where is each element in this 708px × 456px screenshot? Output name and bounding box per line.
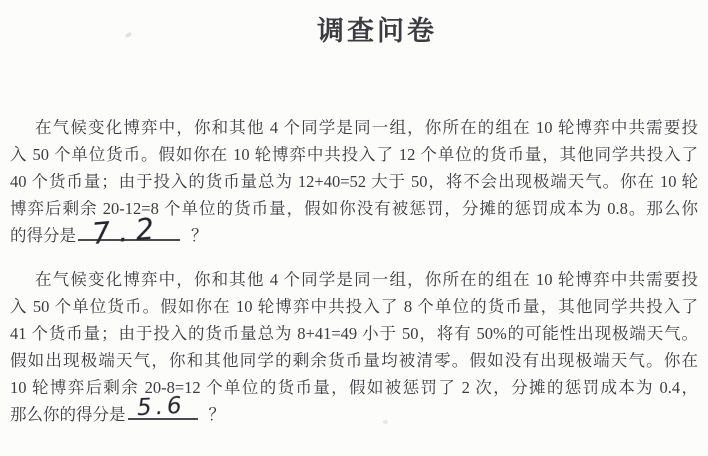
question-2-line-3: 41 个货币量；由于投入的货币量总为 8+41=49 小于 50，将有 50%的… [10,320,698,347]
question-2-handwritten-answer: 5.6 [136,393,186,423]
question-1-line-1: 在气候变化博弈中，你和其他 4 个同学是同一组，你所在的组在 10 轮博弈中共需… [10,114,698,141]
question-2-line-2: 入 50 个单位货币。假如你在 10 轮博弈中共投入了 8 个单位的货币量，其他… [10,293,698,320]
question-2-line-1: 在气候变化博弈中，你和其他 4 个同学是同一组，你所在的组在 10 轮博弈中共需… [10,266,698,293]
questionnaire-page: 调查问卷 在气候变化博弈中，你和其他 4 个同学是同一组，你所在的组在 10 轮… [0,0,708,456]
question-1-answer-blank: 7.2 [78,222,180,241]
question-2-line-5: 10 轮博弈后剩余 20-8=12 个单位的货币量，假如被惩罚了 2 次，分摊的… [10,374,698,401]
question-2-answer-prefix: 那么你的得分是 [10,405,126,424]
question-1-answer-prefix: 的得分是 [10,226,76,245]
page-title: 调查问卷 [33,15,708,48]
question-2: 在气候变化博弈中，你和其他 4 个同学是同一组，你所在的组在 10 轮博弈中共需… [10,266,698,428]
question-2-answer-blank: 5.6 [128,401,198,420]
question-1-question-mark: ？ [191,226,208,245]
question-2-line-4: 假如出现极端天气，你和其他同学的剩余货币量均被清零。假如没有出现极端天气。你在 [10,347,698,374]
question-1-line-2: 入 50 个单位货币。假如你在 10 轮博弈中共投入了 12 个单位的货币量，其… [10,141,698,168]
question-1: 在气候变化博弈中，你和其他 4 个同学是同一组，你所在的组在 10 轮博弈中共需… [10,114,698,249]
question-1-line-3: 40 个货币量；由于投入的货币量总为 12+40=52 大于 50，将不会出现极… [10,168,698,195]
question-1-answer-line: 的得分是7.2？ [10,222,698,249]
question-1-handwritten-answer: 7.2 [91,215,163,248]
scan-speck [383,420,388,424]
question-2-question-mark: ？ [209,405,226,424]
question-2-answer-line: 那么你的得分是5.6？ [10,401,698,428]
